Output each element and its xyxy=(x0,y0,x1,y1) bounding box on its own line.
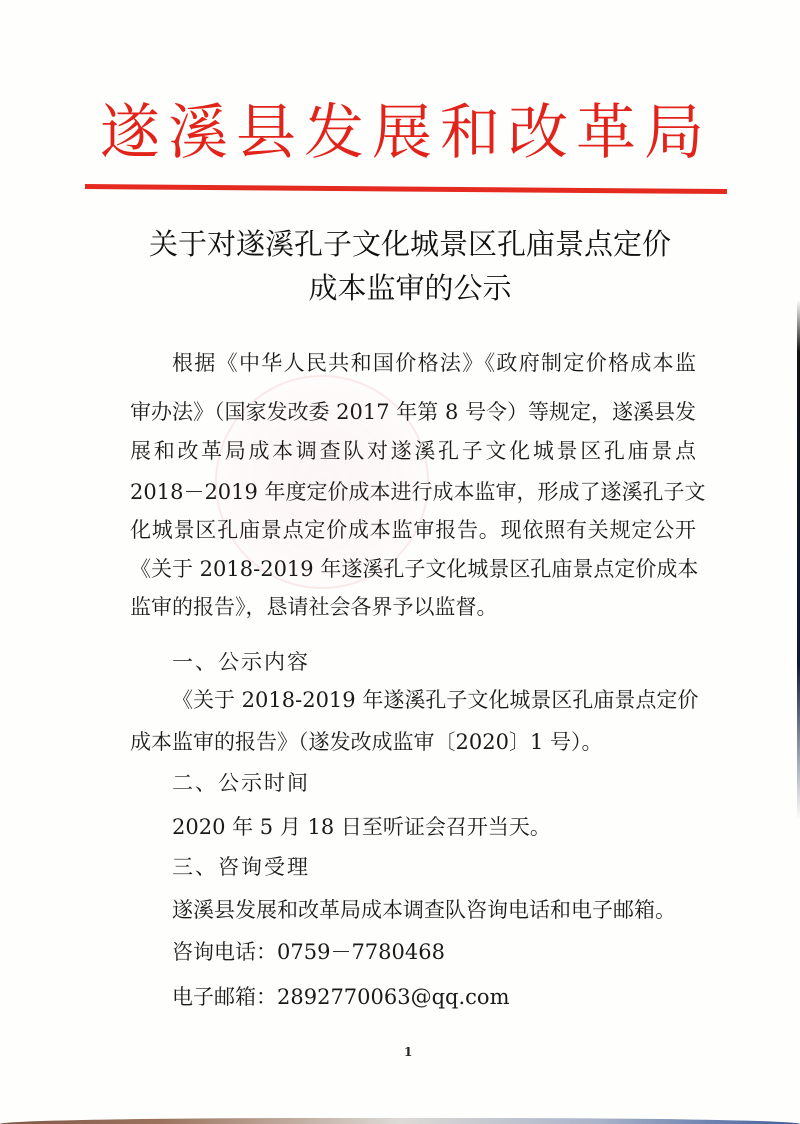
section-time-line-1: 2020 年 5 月 18 日至听证会召开当天。 xyxy=(172,813,551,841)
contact-phone-label: 咨询电话： xyxy=(172,940,277,964)
document-title: 关于对遂溪孔子文化城景区孔庙景点定价 成本监审的公示 xyxy=(120,222,700,310)
document-title-line-2: 成本监审的公示 xyxy=(120,266,700,310)
section-content-line-2: 成本监审的报告》（遂发改成监审〔2020〕1 号）。 xyxy=(130,728,602,756)
intro-line-5: 化城景区孔庙景点定价成本监审报告。现依照有关规定公开 xyxy=(130,516,696,544)
intro-line-2: 审办法》（国家发改委 2017 年第 8 号令）等规定，遂溪县发 xyxy=(130,398,696,426)
contact-email-value: 2892770063@qq.com xyxy=(277,985,510,1009)
section-content-line-1: 《关于 2018-2019 年遂溪孔子文化城景区孔庙景点定价 xyxy=(172,686,696,714)
section-heading-inquiry: 三、咨询受理 xyxy=(172,853,310,881)
section-heading-content: 一、公示内容 xyxy=(172,648,310,676)
document-page: 遂溪县发展和改革局 关于对遂溪孔子文化城景区孔庙景点定价 成本监审的公示 根据《… xyxy=(0,0,800,1124)
contact-phone: 咨询电话：0759－7780468 xyxy=(172,938,445,966)
contact-phone-value: 0759－7780468 xyxy=(277,940,445,964)
organization-letterhead: 遂溪县发展和改革局 xyxy=(100,98,710,168)
page-number: 1 xyxy=(404,1045,412,1059)
red-divider-line xyxy=(85,184,727,194)
intro-line-7: 监审的报告》，恳请社会各界予以监督。 xyxy=(130,593,498,621)
contact-email-label: 电子邮箱： xyxy=(172,985,277,1009)
intro-line-3: 展和改革局成本调查队对遂溪孔子文化城景区孔庙景点 xyxy=(130,437,696,465)
intro-line-6: 《关于 2018-2019 年遂溪孔子文化城景区孔庙景点定价成本 xyxy=(130,555,696,583)
document-title-line-1: 关于对遂溪孔子文化城景区孔庙景点定价 xyxy=(120,222,700,266)
intro-line-1: 根据《中华人民共和国价格法》《政府制定价格成本监 xyxy=(172,349,696,377)
intro-line-4: 2018－2019 年度定价成本进行成本监审，形成了遂溪孔子文 xyxy=(130,478,696,506)
contact-email: 电子邮箱：2892770063@qq.com xyxy=(172,983,510,1011)
section-inquiry-line-1: 遂溪县发展和改革局成本调查队咨询电话和电子邮箱。 xyxy=(172,896,676,924)
section-heading-time: 二、公示时间 xyxy=(172,769,310,797)
scan-edge-bottom xyxy=(0,1118,800,1124)
